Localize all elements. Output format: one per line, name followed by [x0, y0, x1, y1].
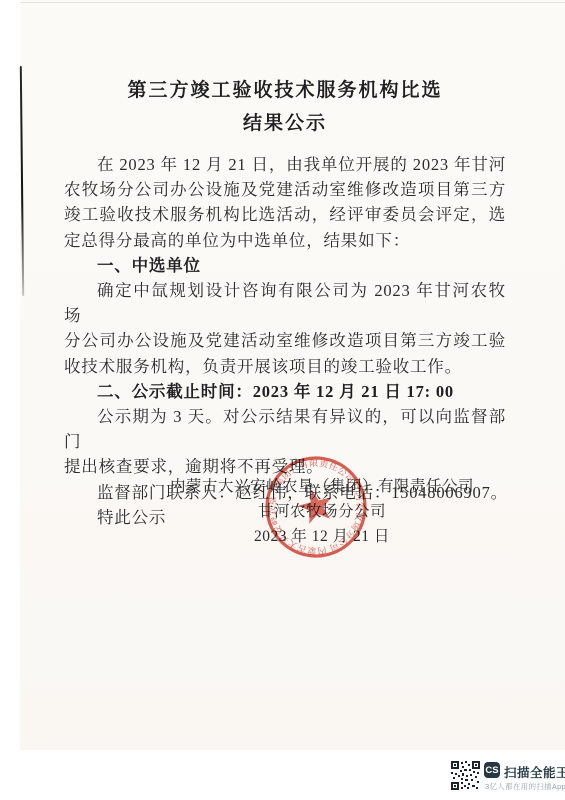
- camscanner-tagline: 3亿人都在用的扫描App: [485, 781, 565, 792]
- title-line-1: 第三方竣工验收技术服务机构比选: [64, 74, 506, 107]
- title-line-2: 结果公示: [64, 107, 506, 140]
- text-line: 一、中选单位: [64, 253, 506, 278]
- text-line: 竣工验收技术服务机构比选活动，经评审委员会评定，选: [64, 202, 506, 227]
- text-line: 二、公示截止时间：2023 年 12 月 21 日 17: 00: [64, 379, 506, 404]
- camscanner-watermark: CS 扫描全能王 3亿人都在用的扫描App: [451, 760, 563, 794]
- seal-star-icon: [295, 485, 336, 525]
- text-line: 收技术服务机构，负责开展该项目的竣工验收工作。: [64, 354, 506, 379]
- text-line: 在 2023 年 12 月 21 日，由我单位开展的 2023 年甘河: [64, 152, 506, 177]
- camscanner-app-name: 扫描全能王: [504, 763, 565, 781]
- official-seal: 内蒙古大兴安岭农垦（集团）有限责任公司甘河农牧场分公司: [236, 427, 396, 587]
- document-title: 第三方竣工验收技术服务机构比选 结果公示: [64, 74, 506, 140]
- qr-code-icon: [451, 761, 480, 790]
- camscanner-logo-icon: CS: [484, 762, 500, 778]
- text-line: 定总得分最高的单位为中选单位，结果如下：: [64, 228, 506, 253]
- text-line: 确定中氙规划设计咨询有限公司为 2023 年甘河农牧场: [64, 278, 506, 328]
- text-line: 农牧场分公司办公设施及党建活动室维修改造项目第三方: [64, 177, 506, 202]
- text-line: 分公司办公设施及党建活动室维修改造项目第三方竣工验: [64, 328, 506, 353]
